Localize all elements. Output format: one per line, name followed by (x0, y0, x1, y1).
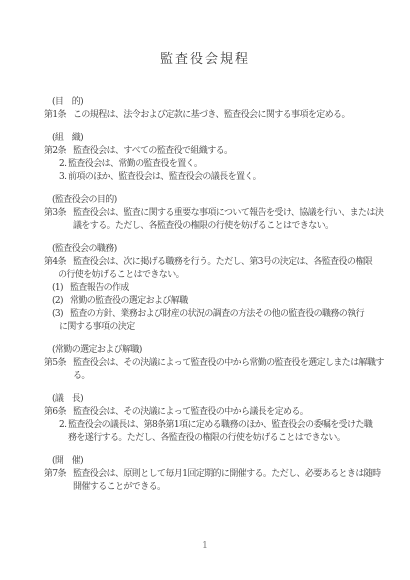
line-label: (1) (52, 282, 70, 295)
section-heading: (開 催) (44, 455, 384, 468)
section: (組 織)第2条監査役会は、すべての監査役で組織する。2.監査役会は、常勤の監査… (44, 132, 384, 184)
line-text: に関する事項の決定 (59, 321, 135, 334)
line-text: 監査役会は、次に掲げる職務を行う。ただし、第3号の決定は、各監査役の権限 (73, 256, 372, 269)
line-label: 第7条 (44, 468, 73, 481)
line-label: 2. (59, 158, 68, 171)
document-title: 監査役会規程 (0, 48, 410, 67)
section: (議 長)第6条監査役会は、その決議によって監査役の中から議長を定める。2.監査… (44, 393, 384, 445)
section: (監査役会の職務)第4条監査役会は、次に掲げる職務を行う。ただし、第3号の決定は… (44, 243, 384, 334)
document-body: (目 的)第1条この規程は、法令および定款に基づき、監査役会に関する事項を定める… (44, 96, 384, 504)
section-heading: (議 長) (44, 393, 384, 406)
document-line: に関する事項の決定 (59, 321, 384, 334)
page-number: 1 (0, 541, 410, 551)
document-line: 2.監査役会の議長は、第8条第1項に定める職務のほか、監査役会の委嘱を受けた職 (59, 419, 384, 432)
document-line: 第2条監査役会は、すべての監査役で組織する。 (44, 145, 384, 158)
line-label: 第2条 (44, 145, 73, 158)
line-text: 監査役会の議長は、第8条第1項に定める職務のほか、監査役会の委嘱を受けた職 (68, 419, 372, 432)
line-label: 2. (59, 419, 68, 432)
line-text: 監査の方針、業務および財産の状況の調査の方法その他の監査役の職務の執行 (70, 308, 364, 321)
document-line: 務を遂行する。ただし、各監査役の権限の行使を妨げることはできない。 (68, 432, 384, 445)
document-line: 開催することができる。 (73, 481, 384, 494)
line-text: 議をする。ただし、各監査役の権限の行使を妨げることはできない。 (73, 220, 333, 233)
line-text: 務を遂行する。ただし、各監査役の権限の行使を妨げることはできない。 (68, 432, 345, 445)
document-line: 2.監査役会は、常勤の監査役を置く。 (59, 158, 384, 171)
section: (開 催)第7条監査役会は、原則として毎月1回定期的に開催する。ただし、必要ある… (44, 455, 384, 494)
line-text: 監査役会は、その決議によって監査役の中から常勤の監査役を選定しまたは解職す (73, 357, 384, 370)
document-line: 第4条監査役会は、次に掲げる職務を行う。ただし、第3号の決定は、各監査役の権限 (44, 256, 384, 269)
line-text: 監査役会は、監査に関する重要な事項について報告を受け、協議を行い、または決 (73, 207, 383, 220)
section: (監査役会の目的)第3条監査役会は、監査に関する重要な事項について報告を受け、協… (44, 194, 384, 233)
document-line: (3)監査の方針、業務および財産の状況の調査の方法その他の監査役の職務の執行 (52, 308, 384, 321)
section-heading: (組 織) (44, 132, 384, 145)
section-heading: (監査役会の職務) (44, 243, 384, 256)
line-text: 監査役会は、その決議によって監査役の中から議長を定める。 (73, 406, 308, 419)
line-text: の行使を妨げることはできない。 (58, 269, 184, 282)
line-label: (2) (52, 295, 70, 308)
line-label: 第6条 (44, 406, 73, 419)
line-label: 3. (59, 171, 68, 184)
line-text: 常勤の監査役の選定および解職 (70, 295, 188, 308)
line-label: 第1条 (44, 109, 73, 122)
line-label: 第3条 (44, 207, 73, 220)
document-line: 第1条この規程は、法令および定款に基づき、監査役会に関する事項を定める。 (44, 109, 384, 122)
document-line: の行使を妨げることはできない。 (58, 269, 384, 282)
document-line: (2)常勤の監査役の選定および解職 (52, 295, 384, 308)
section-heading: (目 的) (44, 96, 384, 109)
document-line: 第5条監査役会は、その決議によって監査役の中から常勤の監査役を選定しまたは解職す (44, 357, 384, 370)
line-label: 第5条 (44, 357, 73, 370)
document-line: 3.前項のほか、監査役会は、監査役会の議長を置く。 (59, 171, 384, 184)
section-heading: (常勤の選定および解職) (44, 344, 384, 357)
line-text: この規程は、法令および定款に基づき、監査役会に関する事項を定める。 (73, 109, 350, 122)
line-label: 第4条 (44, 256, 73, 269)
line-text: 前項のほか、監査役会は、監査役会の議長を置く。 (68, 171, 261, 184)
document-line: 第7条監査役会は、原則として毎月1回定期的に開催する。ただし、必要あるときは随時 (44, 468, 384, 481)
line-text: る。 (73, 370, 90, 383)
section-heading: (監査役会の目的) (44, 194, 384, 207)
document-line: 議をする。ただし、各監査役の権限の行使を妨げることはできない。 (73, 220, 384, 233)
section: (目 的)第1条この規程は、法令および定款に基づき、監査役会に関する事項を定める… (44, 96, 384, 122)
document-line: 第6条監査役会は、その決議によって監査役の中から議長を定める。 (44, 406, 384, 419)
document-line: る。 (73, 370, 384, 383)
document-line: 第3条監査役会は、監査に関する重要な事項について報告を受け、協議を行い、または決 (44, 207, 384, 220)
line-text: 開催することができる。 (73, 481, 165, 494)
line-text: 監査役会は、常勤の監査役を置く。 (68, 158, 202, 171)
line-text: 監査役会は、すべての監査役で組織する。 (73, 145, 232, 158)
document-line: (1)監査報告の作成 (52, 282, 384, 295)
scanned-document-page: 監査役会規程 (目 的)第1条この規程は、法令および定款に基づき、監査役会に関す… (0, 0, 410, 580)
section: (常勤の選定および解職)第5条監査役会は、その決議によって監査役の中から常勤の監… (44, 344, 384, 383)
line-label: (3) (52, 308, 70, 321)
line-text: 監査報告の作成 (70, 282, 129, 295)
line-text: 監査役会は、原則として毎月1回定期的に開催する。ただし、必要あるときは随時 (73, 468, 381, 481)
